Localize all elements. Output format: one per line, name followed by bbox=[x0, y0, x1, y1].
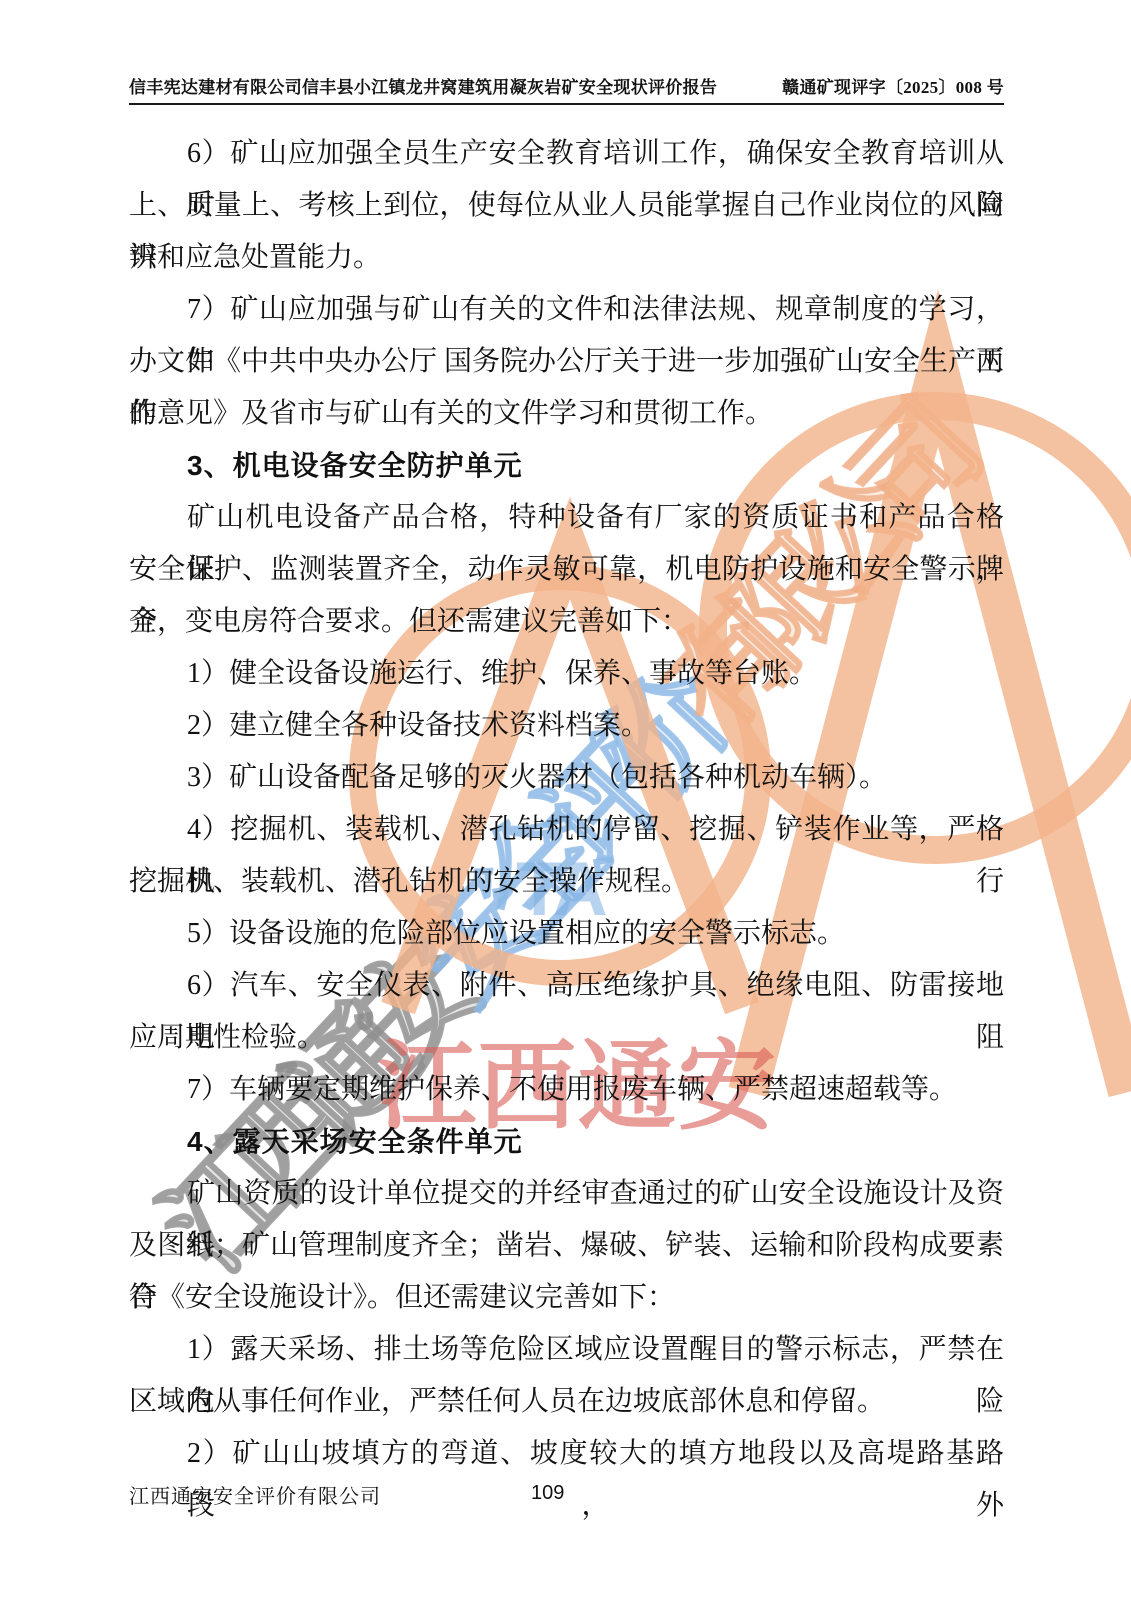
document-body: 6）矿山应加强全员生产安全教育培训工作，确保安全教育培训从时间 上、质量上、考核… bbox=[129, 128, 1004, 1480]
text-line: 4）挖掘机、装载机、潜孔钻机的停留、挖掘、铲装作业等，严格执行 bbox=[129, 804, 1004, 856]
text-line: 安全保护、监测装置齐全，动作灵敏可靠，机电防护设施和安全警示牌齐 bbox=[129, 544, 1004, 596]
text-line: 2）建立健全各种设备技术资料档案。 bbox=[129, 700, 1004, 752]
document-page: 江西通安安全评价有限公司 TA 江西通安 信丰宪达建材有限公司信丰县小江镇龙井窝… bbox=[0, 0, 1131, 1600]
text-line: 的意见》及省市与矿山有关的文件学习和贯彻工作。 bbox=[129, 388, 1004, 440]
header-document-number: 赣通矿现评字〔2025〕008 号 bbox=[782, 73, 1004, 98]
text-line: 矿山资质的设计单位提交的并经审查通过的矿山安全设施设计及资料 bbox=[129, 1168, 1004, 1220]
text-line: 3）矿山设备配备足够的灭火器材（包括各种机动车辆）。 bbox=[129, 752, 1004, 804]
footer-page-number: 109 bbox=[531, 1482, 564, 1505]
text-line: 全，变电房符合要求。但还需建议完善如下： bbox=[129, 596, 1004, 648]
text-line: 1）健全设备设施运行、维护、保养、事故等台账。 bbox=[129, 648, 1004, 700]
text-line: 办文件《中共中央办公厅 国务院办公厅关于进一步加强矿山安全生产工作 bbox=[129, 336, 1004, 388]
text-line: 上、质量上、考核上到位，使每位从业人员能掌握自己作业岗位的风险辨 bbox=[129, 180, 1004, 232]
section-heading: 3、机电设备安全防护单元 bbox=[129, 440, 1004, 492]
text-line: 2）矿山山坡填方的弯道、坡度较大的填方地段以及高堤路基路段，外 bbox=[129, 1428, 1004, 1480]
text-line: 1）露天采场、排土场等危险区域应设置醒目的警示标志，严禁在危险 bbox=[129, 1324, 1004, 1376]
text-line: 6）矿山应加强全员生产安全教育培训工作，确保安全教育培训从时间 bbox=[129, 128, 1004, 180]
text-line: 6）汽车、安全仪表、附件、高压绝缘护具、绝缘电阻、防雷接地电阻 bbox=[129, 960, 1004, 1012]
text-line: 合《安全设施设计》。但还需建议完善如下： bbox=[129, 1272, 1004, 1324]
text-line: 5）设备设施的危险部位应设置相应的安全警示标志。 bbox=[129, 908, 1004, 960]
page-header: 信丰宪达建材有限公司信丰县小江镇龙井窝建筑用凝灰岩矿安全现状评价报告 赣通矿现评… bbox=[129, 73, 1004, 98]
section-heading: 4、露天采场安全条件单元 bbox=[129, 1116, 1004, 1168]
footer-company-name: 江西通安安全评价有限公司 bbox=[129, 1480, 381, 1509]
header-report-title: 信丰宪达建材有限公司信丰县小江镇龙井窝建筑用凝灰岩矿安全现状评价报告 bbox=[129, 73, 717, 98]
text-line: 7）车辆要定期维护保养、不使用报废车辆、严禁超速超载等。 bbox=[129, 1064, 1004, 1116]
text-line: 及图纸；矿山管理制度齐全；凿岩、爆破、铲装、运输和阶段构成要素符 bbox=[129, 1220, 1004, 1272]
text-line: 矿山机电设备产品合格，特种设备有厂家的资质证书和产品合格证， bbox=[129, 492, 1004, 544]
text-line: 7）矿山应加强与矿山有关的文件和法律法规、规章制度的学习，如两 bbox=[129, 284, 1004, 336]
text-line: 区域内从事任何作业，严禁任何人员在边坡底部休息和停留。 bbox=[129, 1376, 1004, 1428]
header-rule bbox=[129, 103, 1004, 105]
text-line: 识和应急处置能力。 bbox=[129, 232, 1004, 284]
